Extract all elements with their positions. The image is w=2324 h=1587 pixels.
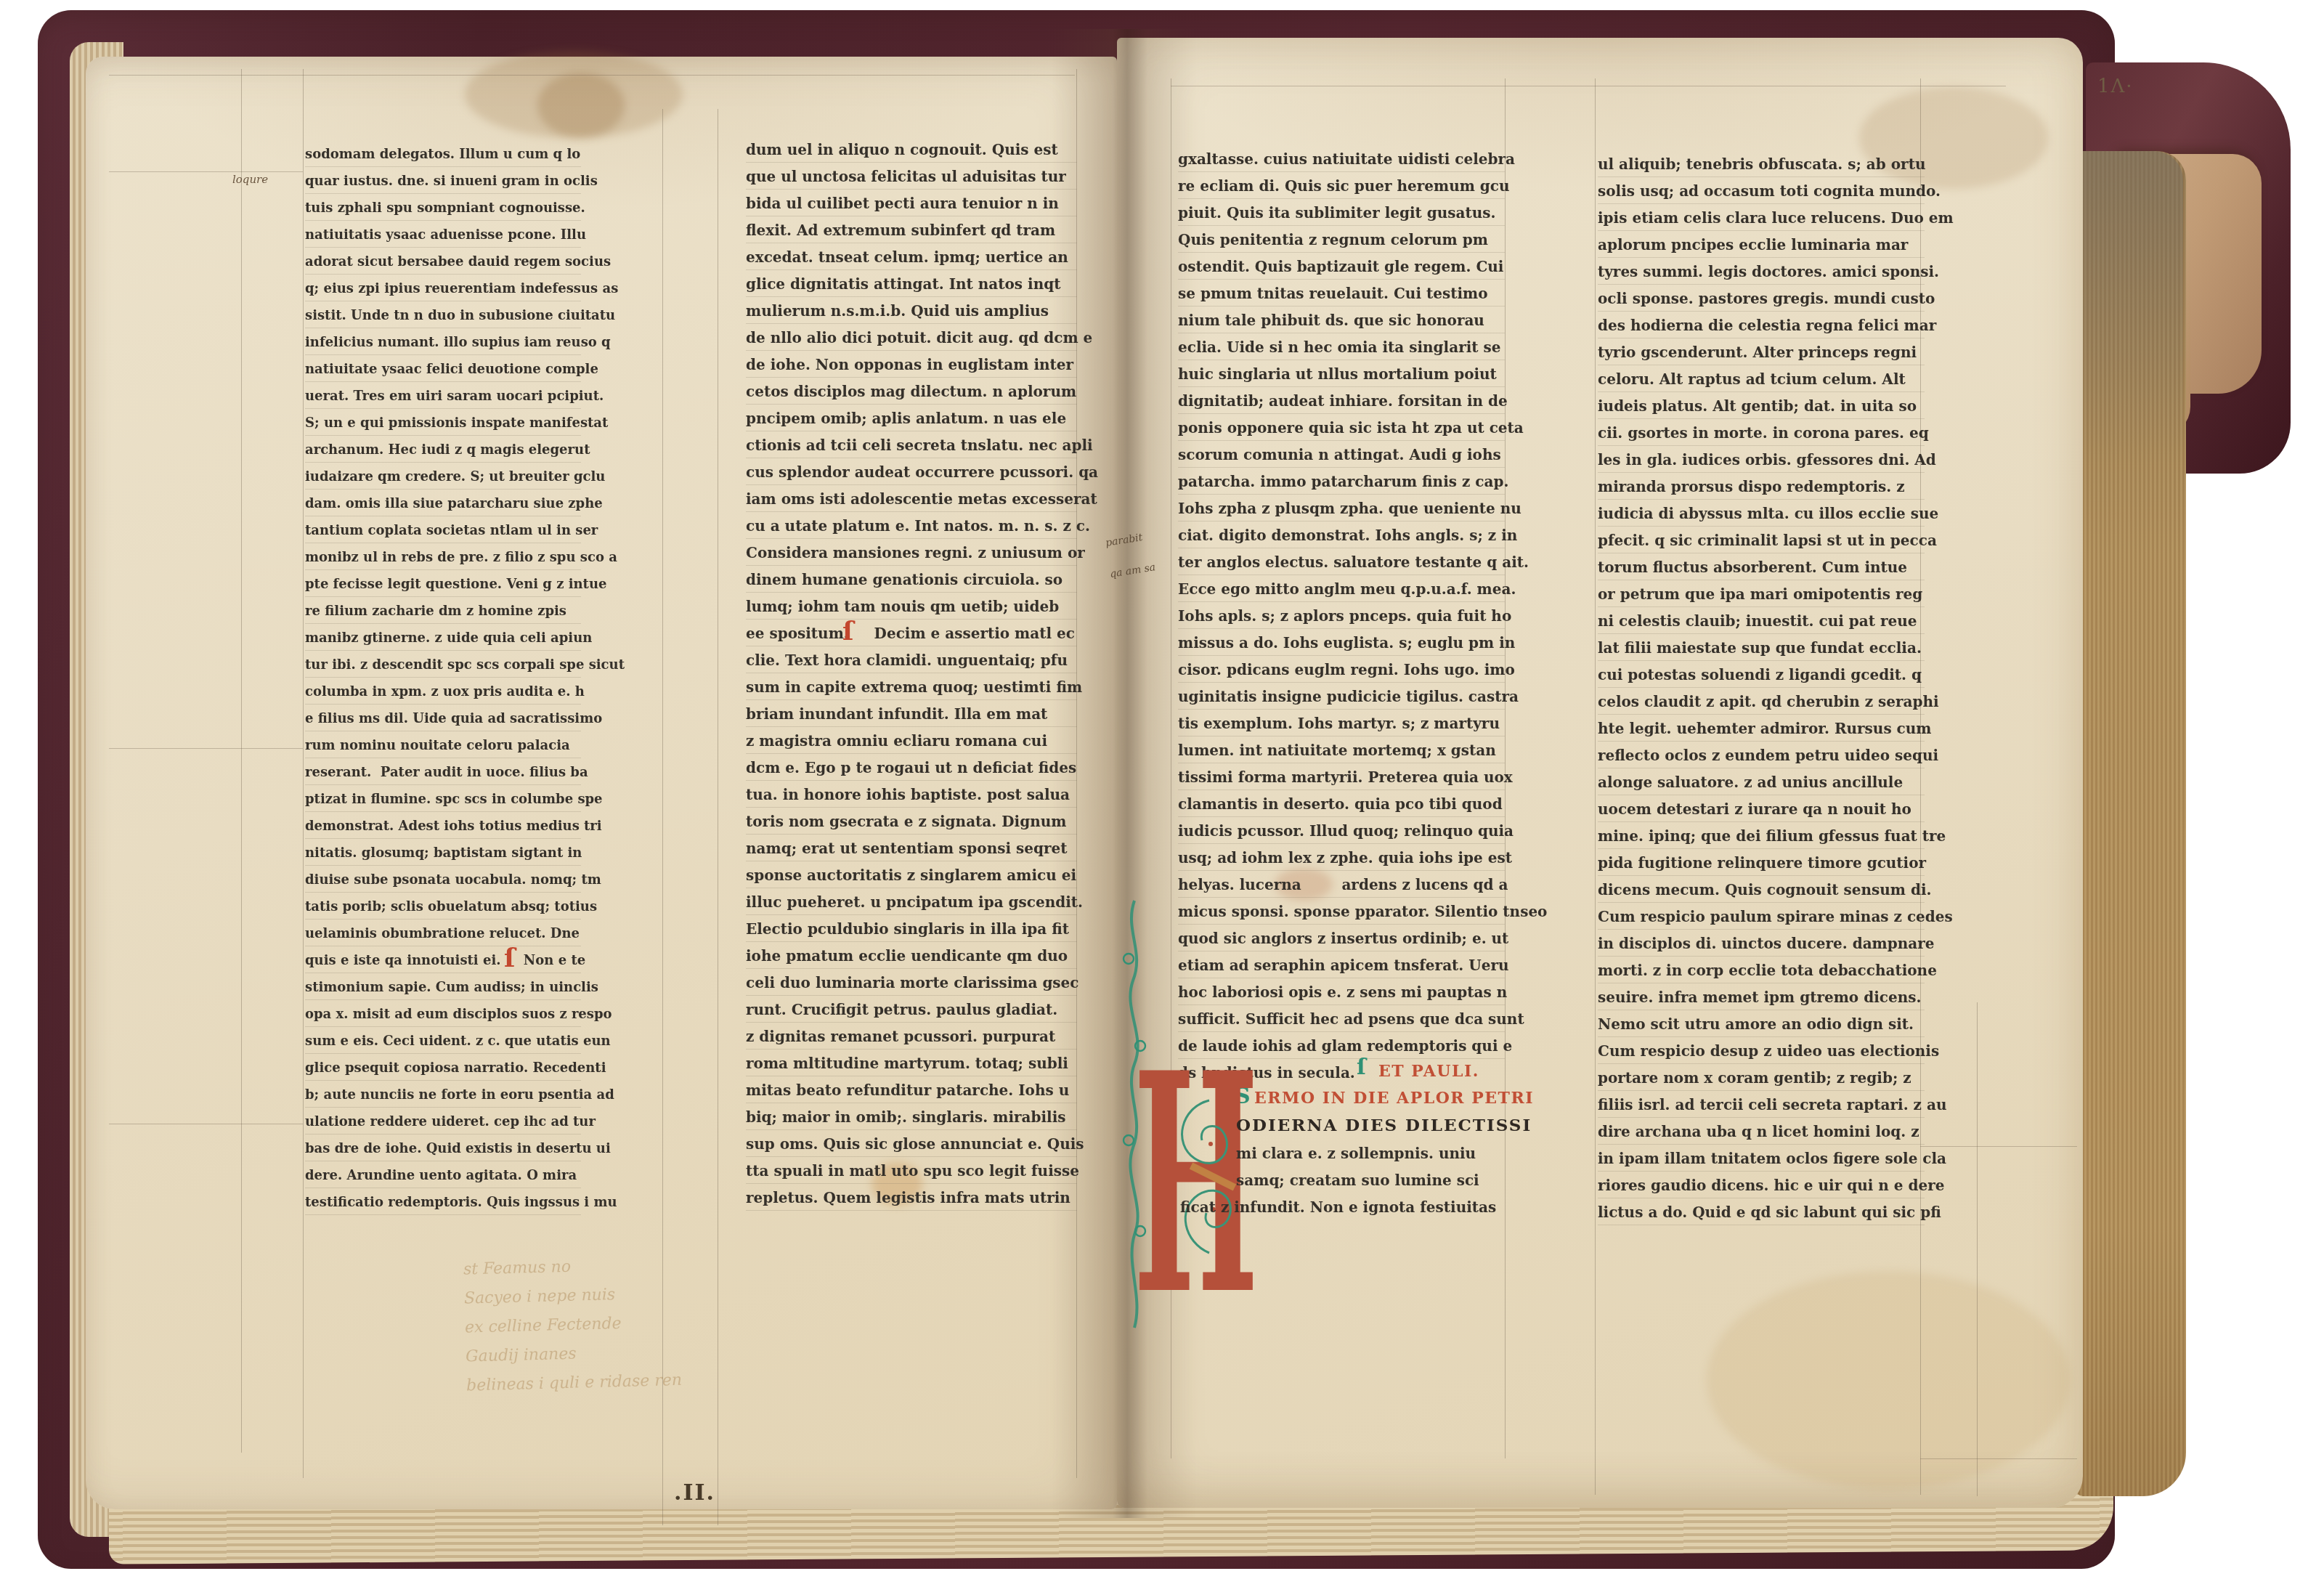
text-line: glice dignitatis attingat. Int natos inq… [746,271,1077,298]
text-line: tatis porib; sclis obuelatum absq; totiu… [305,893,581,920]
text-line: missus a do. Iohs euglista. s; euglu pm … [1178,630,1505,657]
text-line: lictus a do. Quid e qd sic labunt qui si… [1598,1199,1925,1226]
text-line: pte fecisse legit questione. Veni g z in… [305,571,581,598]
text-line: sup oms. Quis sic glose annunciat e. Qui… [746,1131,1077,1158]
ruling-line [303,69,304,1478]
text-line: pfecit. q sic criminalit lapsi st ut in … [1598,527,1925,554]
text-line: Cum respicio desup z uideo uas electioni… [1598,1038,1925,1065]
ruling-line [109,748,303,749]
text-line: celos claudit z apit. qd cherubin z sera… [1598,689,1925,715]
text-line: torum fluctus absorberent. Cum intue [1598,554,1925,581]
stain [537,73,625,138]
text-line: gxaltasse. cuius natiuitate uidisti cele… [1178,146,1505,173]
text-line: ctionis ad tcii celi secreta tnslatu. ne… [746,432,1077,459]
text-line: usq; ad iohm lex z zphe. quia iohs ipe e… [1178,845,1505,872]
text-line: ipis etiam celis clara luce relucens. Du… [1598,205,1925,232]
text-line: b; aute nunciis ne forte in eoru psentia… [305,1081,581,1108]
text-line: uginitatis insigne pudicicie tigilus. ca… [1178,683,1505,710]
text-line: ponis opponere quia sic ista ht zpa ut c… [1178,415,1505,442]
text-line: quar iustus. dne. si inueni gram in ocli… [305,168,581,195]
text-line: diuise sube psonata uocabula. nomq; tm [305,866,581,893]
text-line: ulatione reddere uideret. cep ihc ad tur [305,1108,581,1135]
text-line: q; eius zpi ipius reuerentiam indefessus… [305,275,581,302]
text-line: filiis isrl. ad tercii celi secreta rapt… [1598,1092,1925,1119]
text-line: samq; creatam suo lumine sci [1236,1167,1479,1194]
column-2: dum uel in aliquo n cognouit. Quis estqu… [746,137,1077,1211]
text-line: micus sponsi. sponse pparator. Silentio … [1178,898,1505,925]
text-line: cisor. pdicans euglm regni. Iohs ugo. im… [1178,657,1505,683]
text-line: runt. Crucifigit petrus. paulus gladiat. [746,997,1077,1023]
text-line: de iohe. Non opponas in euglistam inter [746,352,1077,378]
text-line: iudaizare qm credere. S; ut breuiter gcl… [305,463,581,490]
text-line: solis usq; ad occasum toti cognita mundo… [1598,178,1925,205]
text-line: ni celestis clauib; inuestit. cui pat re… [1598,608,1925,635]
text-line: lumen. int natiuitate mortemq; x gstan [1178,737,1505,764]
text-line: mitas beato refunditur patarche. Iohs u [746,1077,1077,1104]
text-line: miranda prorsus dispo redemptoris. z [1598,474,1925,500]
text-line: cus splendor audeat occurrere pcussori. … [746,459,1077,486]
text-line: cui potestas soluendi z ligandi gcedit. … [1598,662,1925,689]
text-line: tur ibi. z descendit spc scs corpali spe… [305,652,581,678]
text-line: tta spuali in matl uto spu sco legit fui… [746,1158,1077,1185]
text-line: dcm e. Ego p te rogaui ut n deficiat fid… [746,755,1077,782]
rubric-tail: ET PAULI. [1378,1062,1479,1081]
text-line: re ecliam di. Quis sic puer heremum gcu [1178,173,1505,200]
text-line: repletus. Quem legistis infra mats utrin [746,1185,1077,1211]
text-line: dicens mecum. Quis cognouit sensum di. [1598,877,1925,904]
text-line: dam. omis illa siue patarcharu siue zphe [305,490,581,517]
text-line: z dignitas remanet pcussori. purpurat [746,1023,1077,1050]
text-line: monibz ul in rebs de pre. z filio z spu … [305,544,581,571]
paraph-mark-icon: ſ [842,616,854,646]
text-line: biq; maior in omib;. singlaris. mirabili… [746,1104,1077,1131]
text-line: demonstrat. Adest iohs totius medius tri [305,813,581,840]
text-line: tis exemplum. Iohs martyr. s; z martyru [1178,710,1505,737]
text-line: lat filii maiestate sup que fundat eccli… [1598,635,1925,662]
text-line: e filius ms dil. Uide quia ad sacratissi… [305,705,581,732]
text-line: z magistra omniu ecliaru romana cui [746,728,1077,755]
text-line: nium tale phibuit ds. que sic honorau [1178,307,1505,334]
text-line: rum nominu nouitate celoru palacia [305,732,581,759]
text-line: roma mltitudine martyrum. totaq; subli [746,1050,1077,1077]
text-line: hte legit. uehemter admiror. Rursus cum [1598,715,1925,742]
text-line: se pmum tnitas reuelauit. Cui testimo [1178,280,1505,307]
text-line: ocli sponse. pastores gregis. mundi cust… [1598,285,1925,312]
page-edges-right-shadow [2076,151,2183,463]
text-line: Ecce ego mitto anglm meu q.p.u.a.f. mea. [1178,576,1505,603]
text-line: iohe pmatum ecclie uendicante qm duo [746,943,1077,970]
text-line: helyas. lucerna ardens z lucens qd a [1178,872,1505,898]
text-line: re filium zacharie dm z homine zpis [305,598,581,625]
stain [1707,1271,2070,1489]
text-line: celi duo luminaria morte clarissima gsec [746,970,1077,997]
text-line: quod sic anglors z insertus ordinib; e. … [1178,925,1505,952]
paraph-mark-icon: ſ [504,943,516,973]
folio-number: 1Λ· [2097,76,2134,97]
text-line: tissimi forma martyrii. Preterea quia uo… [1178,764,1505,791]
text-line: stimonium sapie. Cum audiss; in uinclis [305,974,581,1001]
text-line: ostendit. Quis baptizauit gle regem. Cui [1178,253,1505,280]
text-line: iudeis platus. Alt gentib; dat. in uita … [1598,393,1925,420]
rubric-title: ERMO IN DIE APLOR PETRI [1254,1089,1534,1108]
ruling-line [109,1124,303,1124]
text-line: dere. Arundine uento agitata. O mira [305,1162,581,1189]
text-line: dum uel in aliquo n cognouit. Quis est [746,137,1077,163]
text-line: archanum. Hec iudi z q magis elegerut [305,437,581,463]
text-line: eclia. Uide si n hec omia ita singlarit … [1178,334,1505,361]
text-line: tantium coplata societas ntlam ul in ser [305,517,581,544]
text-line: nitatis. glosumq; baptistam sigtant in [305,840,581,866]
text-line: flexit. Ad extremum subinfert qd tram [746,217,1077,244]
text-line: Iohs zpha z plusqm zpha. que ueniente nu [1178,495,1505,522]
text-line: ciat. digito demonstrat. Iohs angls. s; … [1178,522,1505,549]
text-line: manibz gtinerne. z uide quia celi apiun [305,625,581,652]
text-line: que ul unctosa felicitas ul aduisitas tu… [746,163,1077,190]
ruling-line [1595,78,1596,1495]
text-line: morti. z in corp ecclie tota debacchatio… [1598,957,1925,984]
text-line: briam inundant infundit. Illa em mat [746,701,1077,728]
text-line: or petrum que ipa mari omipotentis reg [1598,581,1925,608]
text-line: tyres summi. legis doctores. amici spons… [1598,259,1925,285]
text-line: mulierum n.s.m.i.b. Quid uis amplius [746,298,1077,325]
text-line: bida ul cuilibet pecti aura tenuior n in [746,190,1077,217]
text-line: uocem detestari z iurare qa n nouit ho [1598,796,1925,823]
text-line: uerat. Tres em uiri saram uocari pcipiut… [305,383,581,410]
text-line: ee spositum. Decim e assertio matl ec [746,620,1077,647]
text-line: Considera mansiones regni. z uniusum or [746,540,1077,567]
text-line: columba in xpm. z uox pris audita e. h [305,678,581,705]
text-line: tua. in honore iohis baptiste. post salu… [746,782,1077,808]
text-line: riores gaudio dicens. hic e uir qui n e … [1598,1172,1925,1199]
text-line: bas dre de iohe. Quid existis in desertu… [305,1135,581,1162]
text-line: iam oms isti adolescentie metas excesser… [746,486,1077,513]
text-line: excedat. tnseat celum. ipmq; uertice an [746,244,1077,271]
text-line: sum e eis. Ceci uident. z c. que utatis … [305,1028,581,1055]
text-line: tuis zphali spu sompniant cognouisse. [305,195,581,222]
text-line: reserant. Pater audit in uoce. filius ba [305,759,581,786]
text-line: hoc laboriosi opis e. z sens mi pauptas … [1178,979,1505,1006]
text-line: in disciplos di. uinctos ducere. dampnar… [1598,930,1925,957]
text-line: adorat sicut bersabee dauid regem socius [305,248,581,275]
text-line: Cum respicio paulum spirare minas z cede… [1598,904,1925,930]
text-line: iudicia di abyssus mlta. cu illos ecclie… [1598,500,1925,527]
text-line: sistit. Unde tn n duo in subusione ciuit… [305,302,581,329]
text-line: les in gla. iudices orbis. gfessores dni… [1598,447,1925,474]
text-line: celoru. Alt raptus ad tcium celum. Alt [1598,366,1925,393]
text-line: patarcha. immo patarcharum finis z cap. [1178,468,1505,495]
text-line: de nllo alio dici potuit. dicit aug. qd … [746,325,1077,352]
text-line: cetos disciplos mag dilectum. n aplorum [746,378,1077,405]
text-line: illuc pueheret. u pncipatum ipa gscendit… [746,889,1077,916]
text-line: ul aliquib; tenebris obfuscata. s; ab or… [1598,151,1925,178]
text-line: scorum comunia n attingat. Audi g iohs [1178,442,1505,468]
ruling-line [1920,1458,2077,1459]
text-line: tyrio gscenderunt. Alter princeps regni [1598,339,1925,366]
text-line: opa x. misit ad eum disciplos suos z res… [305,1001,581,1028]
ruling-line [109,171,303,172]
ruling-line [1977,1002,1978,1496]
text-line: ter anglos electus. saluatore testante q… [1178,549,1505,576]
text-line: glice psequit copiosa narratio. Recedent… [305,1055,581,1081]
text-line: toris nom gsecrata e z signata. Dignum [746,808,1077,835]
text-line: portare nom x coram gentib; z regib; z [1598,1065,1925,1092]
text-line: dignitatib; audeat inhiare. forsitan in … [1178,388,1505,415]
text-line: iudicis pcussor. Illud quoq; relinquo qu… [1178,818,1505,845]
text-line: cu a utate platum e. Int natos. m. n. s.… [746,513,1077,540]
ruling-line [1920,1146,2077,1147]
text-line: ptizat in flumine. spc scs in columbe sp… [305,786,581,813]
ruling-line [1171,86,2006,86]
ruling-line [241,69,242,1453]
quire-signature: .II. [674,1480,715,1506]
text-line: Quis penitentia z regnum celorum pm [1178,227,1505,253]
text-line: clamantis in deserto. quia pco tibi quod [1178,791,1505,818]
text-line: cii. gsortes in morte. in corona pares. … [1598,420,1925,447]
text-line: piuit. Quis ita sublimiter legit gusatus… [1178,200,1505,227]
text-line: clie. Text hora clamidi. unguentaiq; pfu [746,647,1077,674]
text-line: huic singlaria ut nllus mortalium poiut [1178,361,1505,388]
text-line: dinem humane genationis circuiola. so [746,567,1077,593]
text-line: mi clara e. z sollempnis. uniu [1236,1140,1476,1167]
faint-inscription: st Feamus noSacyeo i nepe nuisex celline… [463,1246,829,1400]
ruling-line [109,75,1075,76]
text-line: natiuitatis ysaac aduenisse pcone. Illu [305,222,581,248]
text-line: sum in capite extrema quoq; uestimti fim [746,674,1077,701]
text-line: testificatio redemptoris. Quis ingssus i… [305,1189,581,1216]
text-line: dire archana uba q n licet homini loq. z [1598,1119,1925,1145]
text-line: namq; erat ut sententiam sponsi seqret [746,835,1077,862]
text-line: etiam ad seraphin apicem tnsferat. Ueru [1178,952,1505,979]
text-line: sodomam delegatos. Illum u cum q lo [305,141,581,168]
text-line: S; un e qui pmissionis inspate manifesta… [305,410,581,437]
text-line: infelicius numant. illo supius iam reuso… [305,329,581,356]
text-line: Electio pculdubio singlaris in illa ipa … [746,916,1077,943]
text-line: seuire. infra memet ipm gtremo dicens. [1598,984,1925,1011]
text-line: aplorum pncipes ecclie luminaria mar [1598,232,1925,259]
text-line: Iohs apls. s; z aplors pnceps. quia fuit… [1178,603,1505,630]
text-line: lumq; iohm tam nouis qm uetib; uideb [746,593,1077,620]
text-line: des hodierna die celestia regna felici m… [1598,312,1925,339]
text-line: ficat z infundit. Non e ignota festiuita… [1180,1194,1496,1221]
text-line: natiuitate ysaac felici deuotione comple [305,356,581,383]
paraph-mark-green-icon: ſ [1357,1055,1366,1080]
text-line: sponse auctoritatis z singlarem amicu ei [746,862,1077,889]
text-line: quis e iste qa innotuisti ei. Non e te [305,947,581,974]
column-1: sodomam delegatos. Illum u cum q loquar … [305,141,581,1216]
text-line: uelaminis obumbratione relucet. Dne [305,920,581,947]
photograph: sodomam delegatos. Illum u cum q loquar … [0,0,2324,1587]
text-line: mine. ipinq; que dei filium gfessus fuat… [1598,823,1925,850]
margin-note: loqure [232,173,268,186]
text-line: alonge saluatore. z ad unius ancillule [1598,769,1925,796]
text-line: pida fugitione relinquere timore gcutior [1598,850,1925,877]
text-line: reflecto oclos z eundem petru uideo sequ… [1598,742,1925,769]
text-line: Nemo scit utru amore an odio dign sit. [1598,1011,1925,1038]
column-4: ul aliquib; tenebris obfuscata. s; ab or… [1598,151,1925,1226]
column-3: gxaltasse. cuius natiuitate uidisti cele… [1178,146,1505,1060]
text-line: pncipem omib; aplis anlatum. n uas ele [746,405,1077,432]
text-line: in ipam illam tnitatem oclos figere sole… [1598,1145,1925,1172]
incipit-display-line: ODIERNA DIES DILECTISSI [1236,1116,1532,1135]
